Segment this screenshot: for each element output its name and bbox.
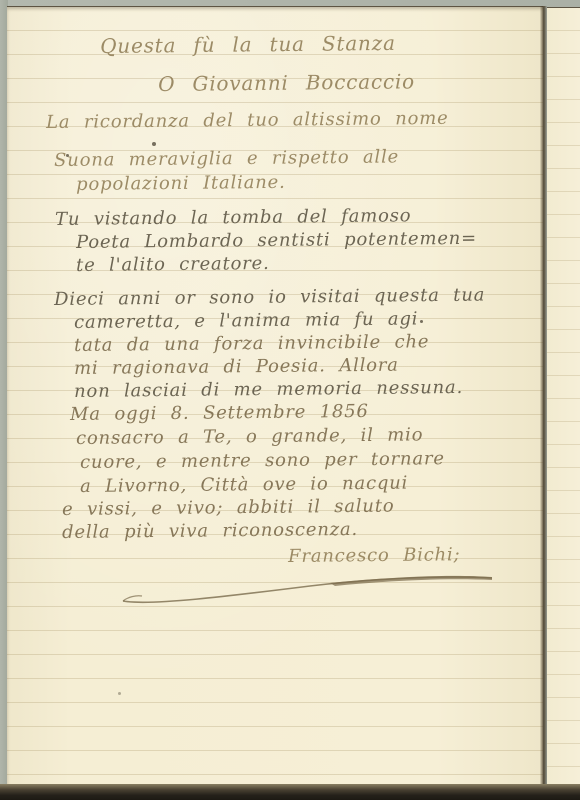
manuscript-photo: Questa fù la tua Stanza O Giovanni Bocca… xyxy=(0,0,580,800)
ink-speck xyxy=(152,142,156,146)
paper-stain xyxy=(118,692,121,695)
book-bottom-shadow xyxy=(0,784,580,800)
ink-speck xyxy=(420,320,423,323)
ink-speck xyxy=(66,154,69,157)
handwriting-layer: Questa fù la tua Stanza O Giovanni Bocca… xyxy=(0,0,580,800)
signature-flourish xyxy=(0,0,580,800)
